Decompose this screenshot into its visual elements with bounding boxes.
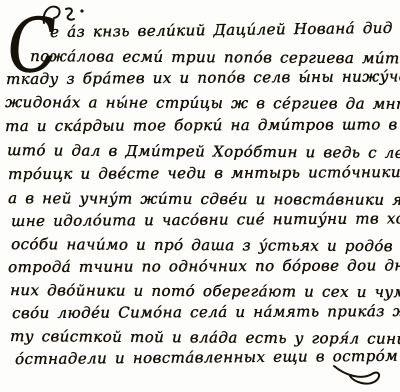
manuscript-line: а в ней учну́т жи́ти сдве́и и новста́вни… — [8, 191, 400, 208]
manuscript-line: е а́з кнзь вели́кий Даци́лей Нована́ дид… — [50, 19, 400, 40]
manuscript-line: сво́и люде́и Симо́на села́ и на́мять при… — [12, 304, 400, 321]
manuscript-line: жидона́х а ны́не стри́цы ж в се́ргиев да… — [5, 95, 400, 112]
manuscript-line: них дво́йники и пото́ оберега́ют и сех и… — [10, 283, 400, 301]
manuscript-line: шне идоло́ита и часо́вни сие́ нитиу́ни т… — [11, 211, 400, 229]
manuscript-line: отрода́ тчини по одно́чних по бо́рове до… — [8, 258, 400, 275]
manuscript-line: ту сви́сткой той и вла́да есть у горя́л … — [10, 329, 400, 348]
manuscript-line: та и ска́рдыи тое борки́ на дми́тров што… — [5, 117, 400, 134]
manuscript-line: осо́би начи́мо и про́ даша з у́стьях и р… — [11, 237, 400, 255]
manuscript-line: ткаду з бра́тев их и попо́в селв ы́ны ни… — [6, 69, 400, 87]
manuscript-line: тро́ицк и две́сте чеди в мнтырь исто́чни… — [8, 164, 400, 182]
manuscript-page: С е а́з кнзь вели́кий Даци́лей Нована́ д… — [0, 0, 400, 392]
manuscript-line: што́ и дал в Дми́трей Хоро́бтин и ведь с… — [7, 143, 400, 162]
terminal-flourish-icon — [332, 362, 384, 388]
manuscript-line: пожа́лова есми́ трии попо́в сергиева ми́… — [30, 49, 400, 67]
